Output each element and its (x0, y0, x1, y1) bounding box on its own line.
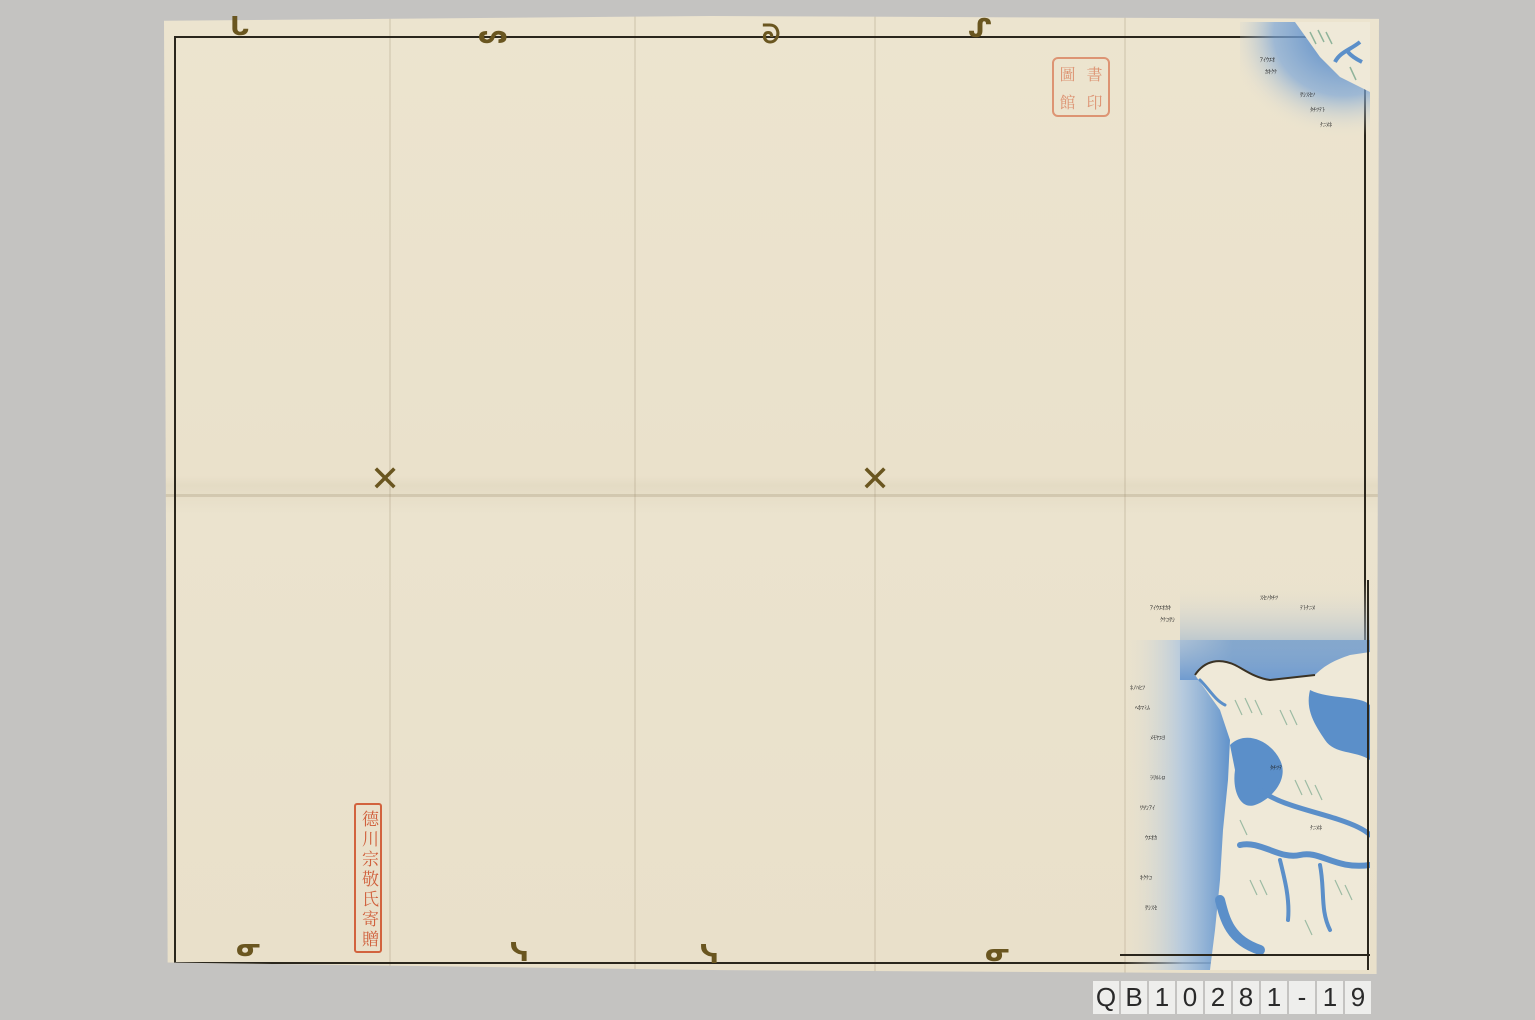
library-seal-square: 圖 書 館 印 (1052, 57, 1110, 117)
binding-mark: ᔕ (478, 22, 508, 48)
svg-text:ｱｲｳｴｵ: ｱｲｳｴｵ (1260, 57, 1275, 64)
svg-text:ﾅﾆﾇﾈ: ﾅﾆﾇﾈ (1310, 825, 1322, 832)
svg-text:ﾀﾁﾂﾃﾄ: ﾀﾁﾂﾃﾄ (1310, 107, 1325, 114)
svg-text:ｸｹｺｻｼ: ｸｹｺｻｼ (1160, 617, 1175, 624)
svg-text:ﾅﾆﾇﾈ: ﾅﾆﾇﾈ (1320, 122, 1332, 129)
binding-mark: ✕ (370, 462, 400, 498)
seal-glyph: 圖 (1059, 62, 1075, 85)
svg-text:ﾈﾉﾊﾋﾌ: ﾈﾉﾊﾋﾌ (1130, 685, 1145, 692)
label-char: B (1121, 981, 1147, 1014)
label-char: - (1289, 981, 1315, 1014)
binding-mark: ᓂ (236, 935, 262, 961)
svg-text:ｳｴｵｶ: ｳｴｵｶ (1145, 835, 1157, 842)
svg-text:ﾜｦﾝｱｲ: ﾜｦﾝｱｲ (1140, 805, 1155, 812)
svg-text:ｻｼｽｾ: ｻｼｽｾ (1145, 905, 1157, 912)
svg-text:ｻｼｽｾｿ: ｻｼｽｾｿ (1300, 92, 1315, 99)
seal-glyph: 館 (1059, 90, 1075, 113)
seal-glyph: 印 (1086, 90, 1102, 113)
label-char: 1 (1317, 981, 1343, 1014)
binding-mark: ᓭ (700, 942, 719, 968)
svg-text:ﾍﾎﾏﾐﾑ: ﾍﾎﾏﾐﾑ (1135, 705, 1150, 712)
donor-seal-vertical: 德川宗敬氏寄贈 (354, 803, 382, 953)
label-char: 1 (1261, 981, 1287, 1014)
binding-mark: ᔑ (968, 16, 992, 42)
svg-text:ﾀﾁﾂﾃ: ﾀﾁﾂﾃ (1270, 765, 1282, 772)
label-char: 2 (1205, 981, 1231, 1014)
svg-text:ﾃﾄﾅﾆﾇ: ﾃﾄﾅﾆﾇ (1300, 605, 1315, 612)
svg-text:ﾒﾓﾔﾕﾖ: ﾒﾓﾔﾕﾖ (1150, 735, 1165, 742)
seal-glyph: 書 (1086, 62, 1102, 85)
map-peninsula-bottom-right: ｱｲｳｴｵｶｷｸｹｺｻｼ ｽｾｿﾀﾁﾂﾃﾄﾅﾆﾇ ﾈﾉﾊﾋﾌﾍﾎﾏﾐﾑ ﾒﾓﾔﾕ… (1120, 580, 1370, 970)
svg-text:ｶｷｸｹ: ｶｷｸｹ (1265, 69, 1277, 76)
svg-text:ｱｲｳｴｵｶｷ: ｱｲｳｴｵｶｷ (1150, 605, 1171, 612)
label-char: 0 (1177, 981, 1203, 1014)
label-char: 8 (1233, 981, 1259, 1014)
svg-text:ｽｾｿﾀﾁﾂ: ｽｾｿﾀﾁﾂ (1260, 595, 1278, 602)
binding-mark: ᒐ (230, 14, 249, 40)
binding-mark: ᘐ (762, 22, 780, 48)
binding-mark: ᓭ (510, 940, 529, 966)
map-coastline-top-right: ｱｲｳｴｵｶｷｸｹ ｻｼｽｾｿﾀﾁﾂﾃﾄﾅﾆﾇﾈ (1240, 22, 1370, 137)
binding-mark: ᓂ (985, 940, 1011, 966)
catalog-number-label: Q B 1 0 2 8 1 - 1 9 (1093, 981, 1371, 1014)
label-char: 9 (1345, 981, 1371, 1014)
label-char: Q (1093, 981, 1119, 1014)
svg-text:ｷｸｹｺ: ｷｸｹｺ (1140, 875, 1152, 882)
svg-text:ﾗﾘﾙﾚﾛ: ﾗﾘﾙﾚﾛ (1150, 775, 1165, 782)
label-char: 1 (1149, 981, 1175, 1014)
binding-mark: ✕ (860, 462, 890, 498)
